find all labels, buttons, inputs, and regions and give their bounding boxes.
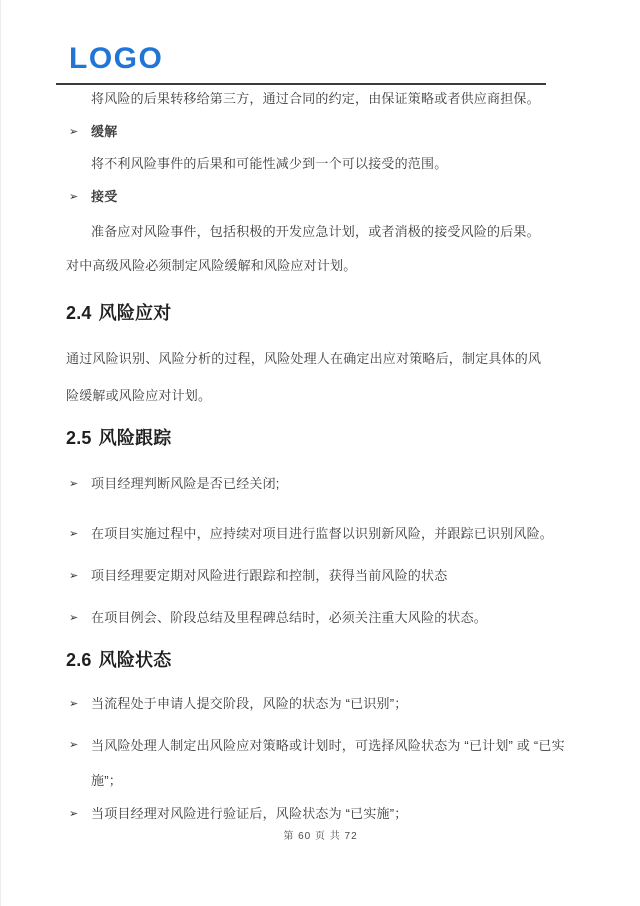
list-item-text: 在项目实施过程中，应持续对项目进行监督以识别新风险，并跟踪已识别风险。 <box>91 526 575 542</box>
list-item-text: 在项目例会、阶段总结及里程碑总结时，必须关注重大风险的状态。 <box>91 610 575 626</box>
list-item-mitigate: ➢ 缓解 <box>66 124 575 140</box>
page-footer: 第 60 页 共 72 <box>66 830 575 844</box>
section-heading-2-4: 2.4风险应对 <box>66 301 575 325</box>
list-item: ➢ 项目经理判断风险是否已经关闭; <box>66 476 575 492</box>
list-item: ➢ 项目经理要定期对风险进行跟踪和控制，获得当前风险的状态 <box>66 568 575 584</box>
arrow-bullet-icon: ➢ <box>66 568 91 584</box>
paragraph-transfer-desc: 将风险的后果转移给第三方，通过合同的约定，由保证策略或者供应商担保。 <box>66 91 575 107</box>
document-page: LOGO 将风险的后果转移给第三方，通过合同的约定，由保证策略或者供应商担保。 … <box>0 0 640 906</box>
list-item-text: 当流程处于申请人提交阶段，风险的状态为 “已识别”； <box>91 696 575 712</box>
arrow-bullet-icon: ➢ <box>66 189 91 205</box>
paragraph-accept-desc: 准备应对风险事件，包括积极的开发应急计划，或者消极的接受风险的后果。 <box>66 224 575 240</box>
arrow-bullet-icon: ➢ <box>66 476 91 492</box>
list-item-label: 缓解 <box>91 124 575 140</box>
list-item-label: 接受 <box>91 189 575 205</box>
section-number: 2.4 <box>66 303 92 323</box>
paragraph-note: 对中高级风险必须制定风险缓解和风险应对计划。 <box>66 258 575 274</box>
list-item: ➢ 当项目经理对风险进行验证后，风险状态为 “已实施”； <box>66 806 575 822</box>
section-title: 风险跟踪 <box>99 428 172 448</box>
arrow-bullet-icon: ➢ <box>66 806 91 822</box>
list-item: ➢ 当流程处于申请人提交阶段，风险的状态为 “已识别”； <box>66 696 575 712</box>
list-item-text: 项目经理要定期对风险进行跟踪和控制，获得当前风险的状态 <box>91 568 575 584</box>
header-divider <box>56 83 546 85</box>
list-item: ➢ 在项目例会、阶段总结及里程碑总结时，必须关注重大风险的状态。 <box>66 610 575 626</box>
arrow-bullet-icon: ➢ <box>66 610 91 626</box>
section-title: 风险状态 <box>99 650 172 670</box>
page-number-label: 第 60 页 共 72 <box>283 831 357 842</box>
arrow-bullet-icon: ➢ <box>66 124 91 140</box>
paragraph-section-2-4-body: 通过风险识别、风险分析的过程，风险处理人在确定出应对策略后，制定具体的风险缓解或… <box>66 340 548 414</box>
section-title: 风险应对 <box>99 303 172 323</box>
document-body: 将风险的后果转移给第三方，通过合同的约定，由保证策略或者供应商担保。 ➢ 缓解 … <box>66 91 575 822</box>
section-number: 2.6 <box>66 650 92 670</box>
section-number: 2.5 <box>66 428 92 448</box>
section-heading-2-6: 2.6风险状态 <box>66 648 575 672</box>
arrow-bullet-icon: ➢ <box>66 526 91 542</box>
logo: LOGO <box>69 44 575 74</box>
arrow-bullet-icon: ➢ <box>66 696 91 712</box>
list-item-accept: ➢ 接受 <box>66 189 575 205</box>
list-item-text: 项目经理判断风险是否已经关闭; <box>91 476 575 492</box>
document-header: LOGO <box>66 44 575 85</box>
section-heading-2-5: 2.5风险跟踪 <box>66 426 575 450</box>
list-item-text: 当项目经理对风险进行验证后，风险状态为 “已实施”； <box>91 806 575 822</box>
list-item: ➢ 在项目实施过程中，应持续对项目进行监督以识别新风险，并跟踪已识别风险。 <box>66 526 575 542</box>
arrow-bullet-icon: ➢ <box>66 728 91 763</box>
paragraph-mitigate-desc: 将不利风险事件的后果和可能性减少到一个可以接受的范围。 <box>66 156 575 172</box>
list-item: ➢ 当风险处理人制定出风险应对策略或计划时，可选择风险状态为 “已计划” 或 “… <box>66 728 575 798</box>
list-item-text: 当风险处理人制定出风险应对策略或计划时，可选择风险状态为 “已计划” 或 “已实… <box>91 728 575 798</box>
